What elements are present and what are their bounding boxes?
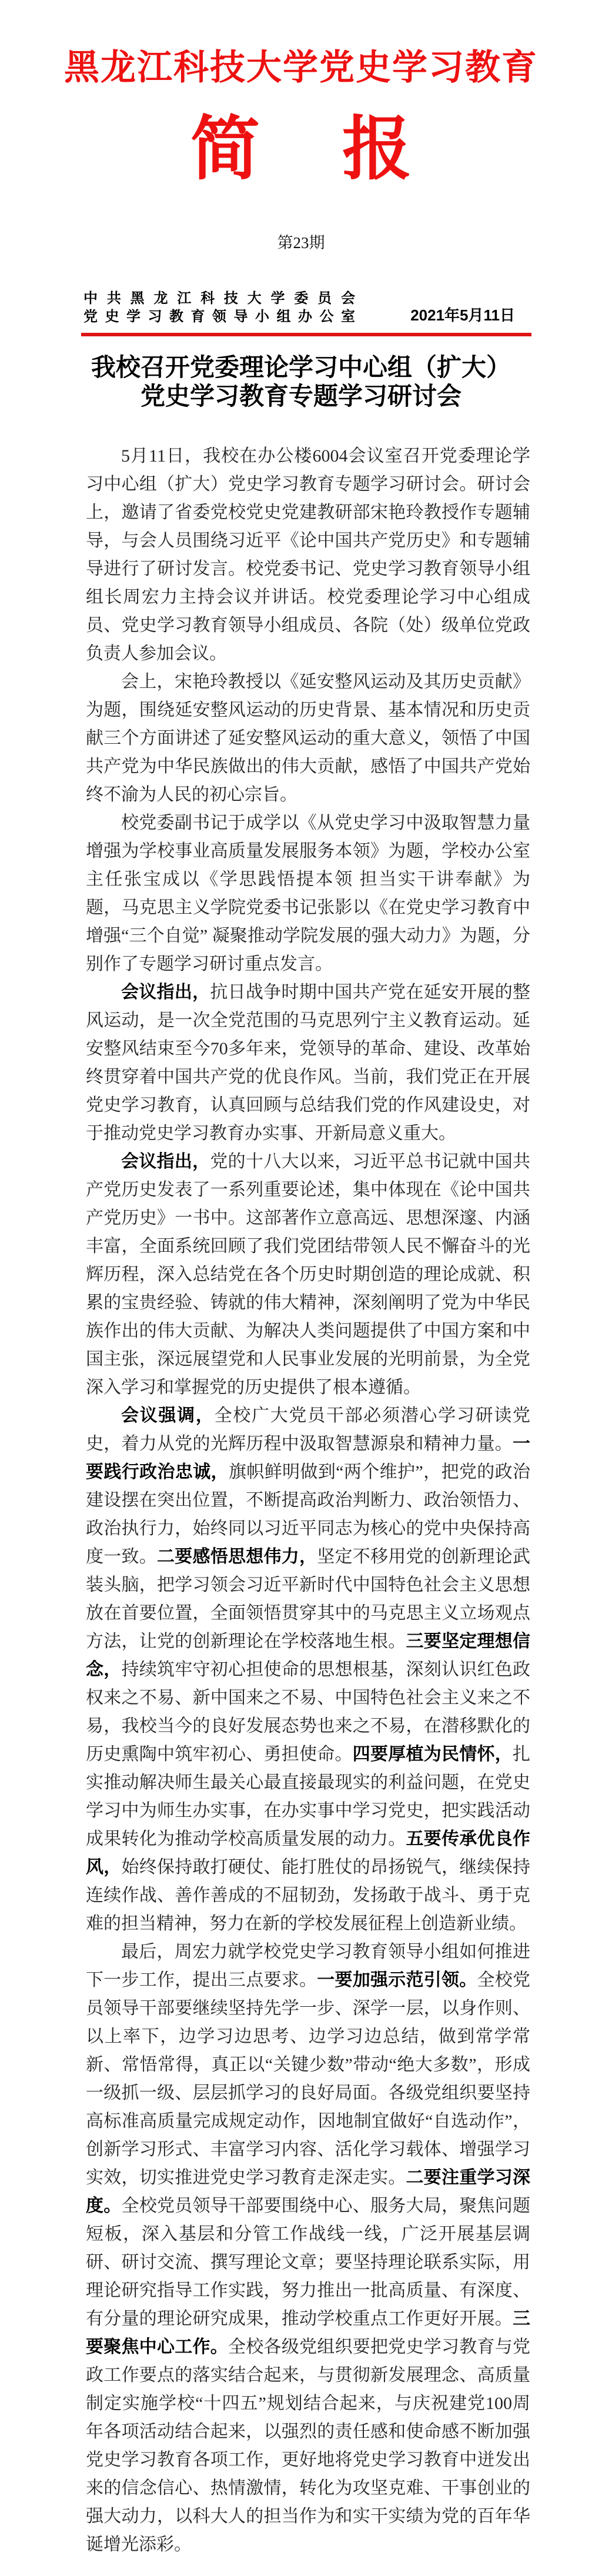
article-title: 我校召开党委理论学习中心组（扩大） 党史学习教育专题学习研讨会 (0, 354, 602, 412)
body-paragraph: 会议指出，抗日战争时期中国共产党在延安开展的整风运动，是一次全党范围的马克思列宁… (86, 978, 530, 1148)
emphasis-text: 一要加强示范引领。 (317, 1970, 477, 1990)
text-segment: 全校党员领导干部要继续坚持先学一步、深学一层，以身作则、以上率下，边学习边思考、… (86, 1970, 530, 2187)
body-paragraph: 最后，周宏力就学校党史学习教育领导小组如何推进下一步工作，提出三点要求。一要加强… (86, 1938, 530, 2559)
article-title-line-1: 我校召开党委理论学习中心组（扩大） (0, 354, 602, 383)
text-segment: 党的十八大以来，习近平总书记就中国共产党历史发表了一系列重要论述，集中体现在《论… (86, 1152, 530, 1397)
text-segment: 全校党员领导干部要围绕中心、服务大局，聚焦问题短板，深入基层和分管工作战线一线，… (86, 2196, 530, 2328)
emphasis-text: 会议指出， (121, 1152, 210, 1171)
emphasis-text: 会议指出， (121, 983, 210, 1002)
article-title-line-2: 党史学习教育专题学习研讨会 (0, 383, 602, 412)
org-line-2: 党史学习教育领导小组办公室 (83, 308, 355, 326)
issue-date: 2021年5月11日 (410, 303, 515, 326)
emphasis-text: 二要感悟思想伟力， (157, 1547, 317, 1566)
text-segment: 抗日战争时期中国共产党在延安开展的整风运动，是一次全党范围的马克思列宁主义教育运… (86, 983, 530, 1143)
text-segment: 5月11日，我校在办公楼6004会议室召开党委理论学习中心组（扩大）党史学习教育… (86, 446, 530, 663)
text-segment: 会上，宋艳玲教授以《延安整风运动及其历史贡献》为题，围绕延安整风运动的历史背景、… (86, 672, 530, 804)
org-line-1: 中共黑龙江科技大学委员会 (83, 289, 355, 308)
body-paragraph: 校党委副书记于成学以《从党史学习中汲取智慧力量 增强为学校事业高质量发展服务本领… (86, 809, 530, 978)
body-paragraph: 会议指出，党的十八大以来，习近平总书记就中国共产党历史发表了一系列重要论述，集中… (86, 1148, 530, 1402)
masthead-title: 黑龙江科技大学党史学习教育 (0, 0, 602, 86)
bulletin-page: 黑龙江科技大学党史学习教育 简 报 第23期 中共黑龙江科技大学委员会 党史学习… (0, 0, 602, 2576)
body-paragraph: 5月11日，我校在办公楼6004会议室召开党委理论学习中心组（扩大）党史学习教育… (86, 442, 530, 668)
body-paragraph: 会上，宋艳玲教授以《延安整风运动及其历史贡献》为题，围绕延安整风运动的历史背景、… (86, 668, 530, 809)
issue-number: 第23期 (0, 230, 602, 253)
divider-rule (81, 333, 531, 336)
text-segment: 校党委副书记于成学以《从党史学习中汲取智慧力量 增强为学校事业高质量发展服务本领… (86, 813, 530, 974)
org-block: 中共黑龙江科技大学委员会 党史学习教育领导小组办公室 (83, 289, 355, 326)
text-segment: 全校各级党组织要把党史学习教育与党政工作要点的落实结合起来，与贯彻新发展理念、高… (86, 2337, 530, 2554)
bulletin-name: 简 报 (0, 113, 602, 186)
body-paragraph: 会议强调，全校广大党员干部必须潜心学习研读党史，着力从党的光辉历程中汲取智慧源泉… (86, 1402, 530, 1938)
bulletin-name-char-2: 报 (342, 113, 412, 186)
bulletin-name-char-1: 简 (190, 113, 260, 186)
org-date-row: 中共黑龙江科技大学委员会 党史学习教育领导小组办公室 2021年5月11日 (83, 289, 515, 326)
text-segment: 始终保持敢打硬仗、能打胜仗的昂扬锐气，继续保持连续作战、善作善成的不屈韧劲，发扬… (86, 1857, 530, 1933)
emphasis-text: 四要厚植为民情怀， (353, 1745, 513, 1764)
emphasis-text: 会议强调， (121, 1406, 215, 1425)
article-body: 5月11日，我校在办公楼6004会议室召开党委理论学习中心组（扩大）党史学习教育… (86, 442, 530, 2559)
